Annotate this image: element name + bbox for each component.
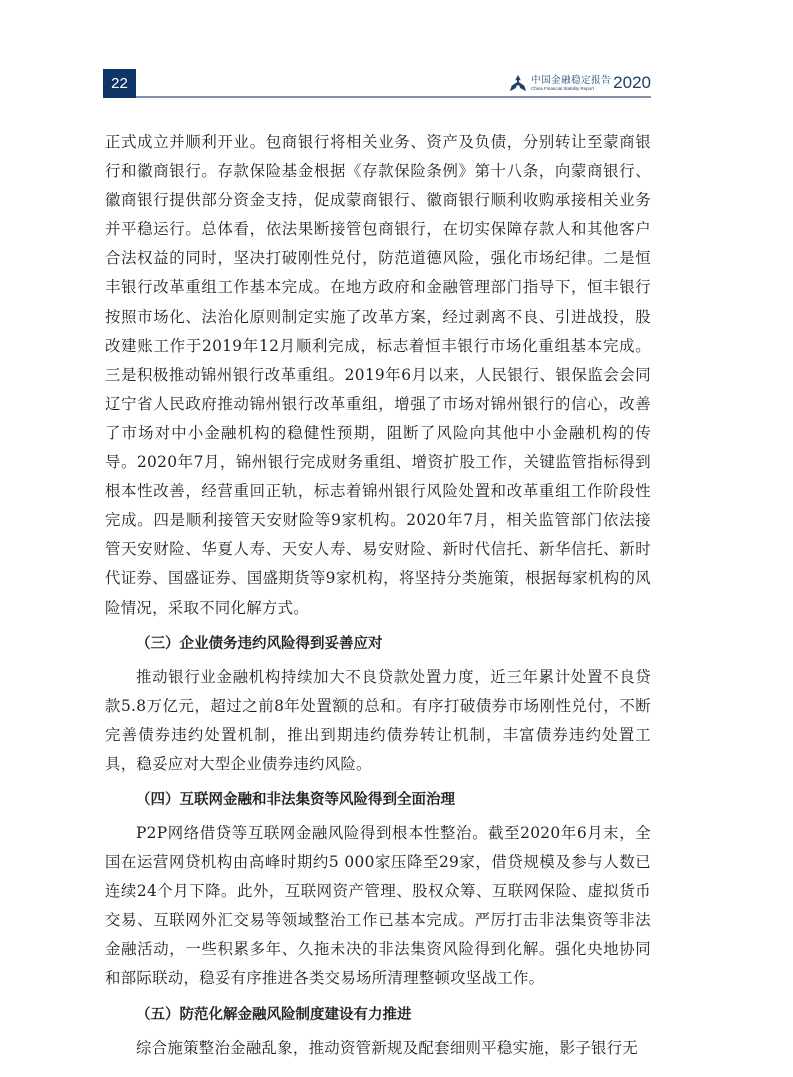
brand-title-cn: 中国金融稳定报告 xyxy=(531,75,611,86)
body-paragraph-3: 推动银行业金融机构持续加大不良贷款处置力度，近三年累计处置不良贷款5.8万亿元，… xyxy=(105,663,651,779)
section-heading-3: （三）企业债务违约风险得到妥善应对 xyxy=(136,634,651,654)
header-divider xyxy=(136,96,651,98)
body-paragraph-4: P2P网络借贷等互联网金融风险得到根本性整治。截至2020年6月末，全国在运营网… xyxy=(105,819,651,994)
section-heading-5: （五）防范化解金融风险制度建设有力推进 xyxy=(136,1005,651,1025)
body-paragraph-5: 综合施策整治金融乱象，推动资管新规及配套细则平稳实施，影子银行无 xyxy=(105,1034,651,1063)
report-brand: 中国金融稳定报告 China Financial Stability Repor… xyxy=(509,72,651,94)
brand-year: 2020 xyxy=(613,73,651,93)
page-body: 正式成立并顺利开业。包商银行将相关业务、资产及负债，分别转让至蒙商银行和徽商银行… xyxy=(105,128,651,1063)
section-heading-4: （四）互联网金融和非法集资等风险得到全面治理 xyxy=(136,790,651,810)
page-number: 22 xyxy=(103,69,136,98)
pboc-logo-icon xyxy=(509,74,527,92)
brand-title-en: China Financial Stability Report xyxy=(531,86,611,92)
brand-text: 中国金融稳定报告 China Financial Stability Repor… xyxy=(531,75,611,92)
page-header: 22 中国金融稳定报告 China Financial Stability Re… xyxy=(103,69,651,100)
body-paragraph-1: 正式成立并顺利开业。包商银行将相关业务、资产及负债，分别转让至蒙商银行和徽商银行… xyxy=(105,128,651,623)
